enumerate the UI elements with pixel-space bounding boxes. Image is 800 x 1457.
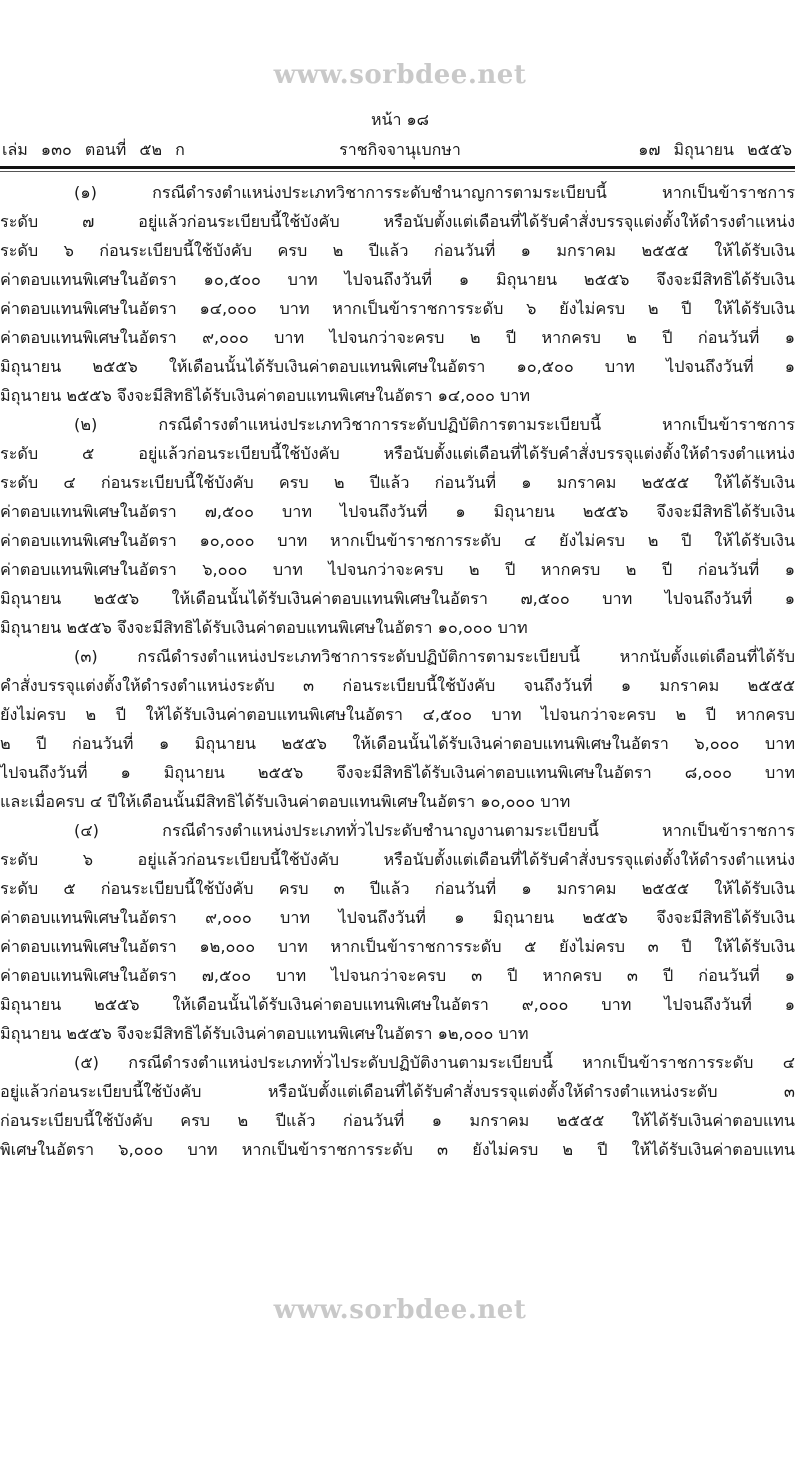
paragraph-2: (๒) กรณีดำรงตำแหน่งประเภทวิชาการระดับปฏิ… xyxy=(0,410,795,642)
paragraph-1: (๑) กรณีดำรงตำแหน่งประเภทวิชาการระดับชำน… xyxy=(0,178,795,410)
text-line: ระดับ ๖ อยู่แล้วก่อนระเบียบนี้ใช้บังคับ … xyxy=(0,845,795,874)
publication-date: ๑๗ มิถุนายน ๒๕๕๖ xyxy=(638,138,792,163)
text-line: อยู่แล้วก่อนระเบียบนี้ใช้บังคับ หรือนับต… xyxy=(0,1077,795,1106)
text-line: มิถุนายน ๒๕๕๖ จึงจะมีสิทธิได้รับเงินค่าต… xyxy=(0,381,795,410)
text-line: ค่าตอบแทนพิเศษในอัตรา ๙,๐๐๐ บาท ไปจนถึงว… xyxy=(0,903,795,932)
text-line: ค่าตอบแทนพิเศษในอัตรา ๗,๕๐๐ บาท ไปจนถึงว… xyxy=(0,497,795,526)
document-body: (๑) กรณีดำรงตำแหน่งประเภทวิชาการระดับชำน… xyxy=(0,178,795,1164)
text-line: (๓) กรณีดำรงตำแหน่งประเภทวิชาการระดับปฏิ… xyxy=(0,642,795,671)
paragraph-3: (๓) กรณีดำรงตำแหน่งประเภทวิชาการระดับปฏิ… xyxy=(0,642,795,816)
text-line: มิถุนายน ๒๕๕๖ จึงจะมีสิทธิได้รับเงินค่าต… xyxy=(0,613,795,642)
gazette-header: ราชกิจจานุเบกษา เล่ม ๑๓๐ ตอนที่ ๕๒ ก ๑๗ … xyxy=(0,138,798,162)
text-line: ระดับ ๖ ก่อนระเบียบนี้ใช้บังคับ ครบ ๒ ปี… xyxy=(0,236,795,265)
text-line: ๒ ปี ก่อนวันที่ ๑ มิถุนายน ๒๕๕๖ ให้เดือน… xyxy=(0,729,795,758)
text-line: ยังไม่ครบ ๒ ปี ให้ได้รับเงินค่าตอบแทนพิเ… xyxy=(0,700,795,729)
header-rule-thick xyxy=(0,166,795,169)
text-line: คำสั่งบรรจุแต่งตั้งให้ดำรงตำแหน่งระดับ ๓… xyxy=(0,671,795,700)
paragraph-4: (๔) กรณีดำรงตำแหน่งประเภททั่วไประดับชำนา… xyxy=(0,816,795,1048)
paragraph-5: (๕) กรณีดำรงตำแหน่งประเภททั่วไประดับปฏิบ… xyxy=(0,1048,795,1164)
text-line: ระดับ ๕ อยู่แล้วก่อนระเบียบนี้ใช้บังคับ … xyxy=(0,439,795,468)
text-line: ค่าตอบแทนพิเศษในอัตรา ๑๐,๕๐๐ บาท ไปจนถึง… xyxy=(0,265,795,294)
watermark-bottom: www.sorbdee.net xyxy=(0,1295,800,1325)
watermark-top: www.sorbdee.net xyxy=(0,60,800,90)
text-line: และเมื่อครบ ๔ ปีให้เดือนนั้นมีสิทธิได้รั… xyxy=(0,787,795,816)
text-line: พิเศษในอัตรา ๖,๐๐๐ บาท หากเป็นข้าราชการร… xyxy=(0,1135,795,1164)
text-line: มิถุนายน ๒๕๕๖ ให้เดือนนั้นได้รับเงินค่าต… xyxy=(0,584,795,613)
text-line: ก่อนระเบียบนี้ใช้บังคับ ครบ ๒ ปีแล้ว ก่อ… xyxy=(0,1106,795,1135)
text-line: (๒) กรณีดำรงตำแหน่งประเภทวิชาการระดับปฏิ… xyxy=(0,410,795,439)
text-line: มิถุนายน ๒๕๕๖ ให้เดือนนั้นได้รับเงินค่าต… xyxy=(0,990,795,1019)
header-rule-thin xyxy=(0,171,795,172)
text-line: (๑) กรณีดำรงตำแหน่งประเภทวิชาการระดับชำน… xyxy=(0,178,795,207)
text-line: (๕) กรณีดำรงตำแหน่งประเภททั่วไประดับปฏิบ… xyxy=(0,1048,795,1077)
text-line: ระดับ ๔ ก่อนระเบียบนี้ใช้บังคับ ครบ ๒ ปี… xyxy=(0,468,795,497)
text-line: ค่าตอบแทนพิเศษในอัตรา ๙,๐๐๐ บาท ไปจนกว่า… xyxy=(0,323,795,352)
text-line: ค่าตอบแทนพิเศษในอัตรา ๑๒,๐๐๐ บาท หากเป็น… xyxy=(0,932,795,961)
page-number: หน้า ๑๘ xyxy=(0,108,800,133)
text-line: มิถุนายน ๒๕๕๖ จึงจะมีสิทธิได้รับเงินค่าต… xyxy=(0,1019,795,1048)
text-line: ค่าตอบแทนพิเศษในอัตรา ๖,๐๐๐ บาท ไปจนกว่า… xyxy=(0,555,795,584)
text-line: ค่าตอบแทนพิเศษในอัตรา ๗,๕๐๐ บาท ไปจนกว่า… xyxy=(0,961,795,990)
text-line: (๔) กรณีดำรงตำแหน่งประเภททั่วไประดับชำนา… xyxy=(0,816,795,845)
text-line: ค่าตอบแทนพิเศษในอัตรา ๑๔,๐๐๐ บาท หากเป็น… xyxy=(0,294,795,323)
text-line: มิถุนายน ๒๕๕๖ ให้เดือนนั้นได้รับเงินค่าต… xyxy=(0,352,795,381)
volume-issue: เล่ม ๑๓๐ ตอนที่ ๕๒ ก xyxy=(2,138,185,163)
text-line: ไปจนถึงวันที่ ๑ มิถุนายน ๒๕๕๖ จึงจะมีสิท… xyxy=(0,758,795,787)
text-line: ค่าตอบแทนพิเศษในอัตรา ๑๐,๐๐๐ บาท หากเป็น… xyxy=(0,526,795,555)
text-line: ระดับ ๕ ก่อนระเบียบนี้ใช้บังคับ ครบ ๓ ปี… xyxy=(0,874,795,903)
text-line: ระดับ ๗ อยู่แล้วก่อนระเบียบนี้ใช้บังคับ … xyxy=(0,207,795,236)
